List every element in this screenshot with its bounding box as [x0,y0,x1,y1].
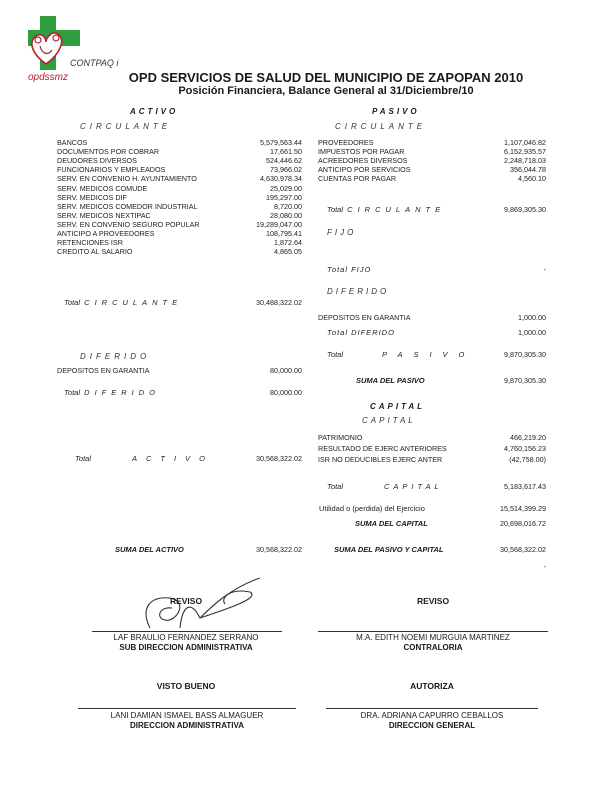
total-prefix: Total [64,298,80,307]
utilidad-value: 15,514,399.29 [466,504,546,513]
signature-2-dept: CONTRALORIA [318,643,548,652]
pasivo-total-label: PASIVO [382,350,475,359]
activo-circulante-item-value: 5,579,563.44 [222,138,302,147]
capital-item-label: ISR NO DEDUCIBLES EJERC ANTER [318,455,442,464]
activo-circulante-item-value: 8,720.00 [222,202,302,211]
activo-diferido-total-label: Total DIFERIDO [64,388,160,397]
capital-total-value: 5,183,617.43 [466,482,546,491]
activo-circulante-item-label: SERV. MEDICOS COMEDOR INDUSTRIAL [57,202,198,211]
total-section: DIFERIDO [84,388,160,397]
signature-3-name: LANI DAMIAN ISMAEL BASS ALMAGUER [78,711,296,720]
activo-circulante-item-label: BANCOS [57,138,87,147]
activo-circulante-item-label: SERV. MEDICOS COMUDE [57,184,147,193]
activo-total-label: ACTIVO [132,454,214,463]
signature-4-role: AUTORIZA [326,681,538,691]
activo-circulante-item-label: RETENCIONES ISR [57,238,123,247]
pasivo-diferido-item-value: 1,000.00 [466,313,546,322]
capital-item-value: 466,219.20 [466,433,546,442]
activo-circulante-total-label: Total CIRCULANTE [64,298,182,307]
signature-4-line [326,708,538,709]
signature-1-dept: SUB DIRECCION ADMINISTRATIVA [78,643,294,652]
suma-activo-value: 30,568,322.02 [222,545,302,554]
activo-diferido-heading: DIFERIDO [80,352,150,361]
pasivo-diferido-heading: DIFERIDO [327,287,389,296]
report-subtitle: Posición Financiera, Balance General al … [0,85,612,97]
activo-circulante-item-label: DOCUMENTOS POR COBRAR [57,147,159,156]
total-prefix: Total [327,205,343,214]
signature-2-line [318,631,548,632]
capital-item-value: 4,760,156.23 [466,444,546,453]
pasivo-circulante-total-label: Total CIRCULANTE [327,205,445,214]
pasivo-circulante-item-label: IMPUESTOS POR PAGAR [318,147,404,156]
pasivo-circulante-item-value: 2,248,718.03 [466,156,546,165]
signature-3-role: VISTO BUENO [78,681,294,691]
signature-2-name: M.A. EDITH NOEMI MURGUIA MARTINEZ [318,633,548,642]
pasivo-fijo-total-label: Total FIJO [327,265,371,274]
activo-diferido-item-label: DEPOSITOS EN GARANTIA [57,366,150,375]
suma-capital-value: 20,698,016.72 [466,519,546,528]
suma-pasivo-label: SUMA DEL PASIVO [356,376,425,385]
capital-item-value: (42,758.00) [466,455,546,464]
activo-circulante-item-label: ANTICIPO A PROVEEDORES [57,229,154,238]
pasivo-circulante-heading: CIRCULANTE [335,122,426,131]
total-prefix: Total [64,388,80,397]
capital-total-label: CAPITAL [384,482,443,491]
capital-item-label: RESULTADO DE EJERC ANTERIORES [318,444,447,453]
activo-circulante-item-label: SERV. MEDICOS DIF [57,193,127,202]
activo-total-value: 30,568,322.02 [222,454,302,463]
suma-capital-label: SUMA DEL CAPITAL [355,519,428,528]
capital-heading: CAPITAL [370,402,425,411]
pasivo-total-value: 9,870,305.30 [466,350,546,359]
activo-circulante-item-label: CREDITO AL SALARIO [57,247,133,256]
signature-4-name: DRA. ADRIANA CAPURRO CEBALLOS [326,711,538,720]
pasivo-diferido-total-value: 1,000.00 [466,328,546,337]
capital-sub-heading: CAPITAL [362,416,416,425]
pasivo-total-prefix: Total [327,350,343,359]
signature-1-line [92,631,282,632]
activo-circulante-item-label: FUNCIONARIOS Y EMPLEADOS [57,165,165,174]
activo-circulante-item-value: 25,029.00 [222,184,302,193]
pasivo-circulante-item-value: 1,107,046.82 [466,138,546,147]
pasivo-circulante-item-value: 6,152,935.57 [466,147,546,156]
pasivo-diferido-total-label: Total DIFERIDO [327,328,395,337]
activo-circulante-item-value: 73,966.02 [222,165,302,174]
signature-4-dept: DIRECCION GENERAL [326,721,538,730]
pasivo-heading: PASIVO [372,107,420,116]
activo-circulante-item-value: 524,446.62 [222,156,302,165]
pasivo-circulante-item-label: ACREEDORES DIVERSOS [318,156,407,165]
activo-circulante-heading: CIRCULANTE [80,122,171,131]
activo-circulante-item-label: SERV. EN CONVENIO SEGURO POPULAR [57,220,200,229]
total-section: CIRCULANTE [84,298,182,307]
signature-3-line [78,708,296,709]
activo-total-prefix: Total [75,454,91,463]
pasivo-fijo-heading: FIJO [327,228,356,237]
signature-2-role: REVISO [318,596,548,606]
activo-circulante-item-label: SERV. EN CONVENIO H. AYUNTAMIENTO [57,174,197,183]
pasivo-circulante-item-label: ANTICIPO POR SERVICIOS [318,165,411,174]
activo-circulante-item-label: SERV. MEDICOS NEXTIPAC [57,211,151,220]
activo-circulante-item-value: 195,297.00 [222,193,302,202]
suma-activo-label: SUMA DEL ACTIVO [115,545,184,554]
activo-circulante-item-label: DEUDORES DIVERSOS [57,156,137,165]
pasivo-circulante-item-value: 356,044.78 [466,165,546,174]
activo-circulante-item-value: 28,080.00 [222,211,302,220]
signature-3-dept: DIRECCION ADMINISTRATIVA [78,721,296,730]
utilidad-label: Utilidad o (perdida) del Ejercicio [319,504,425,513]
activo-circulante-item-value: 4,865.05 [222,247,302,256]
pasivo-diferido-item-label: DEPOSITOS EN GARANTIA [318,313,411,322]
signature-1-role: REVISO [78,596,294,606]
difference-value: - [466,562,546,571]
activo-circulante-item-value: 17,661.50 [222,147,302,156]
capital-total-prefix: Total [327,482,343,491]
pasivo-circulante-total-value: 9,869,305.30 [466,205,546,214]
activo-circulante-item-value: 19,289,047.00 [222,220,302,229]
software-label: CONTPAQ i [70,58,118,68]
suma-pasivo-capital-label: SUMA DEL PASIVO Y CAPITAL [334,545,443,554]
activo-heading: ACTIVO [130,107,178,116]
activo-diferido-item-value: 80,000.00 [222,366,302,375]
capital-item-label: PATRIMONIO [318,433,362,442]
pasivo-fijo-total-value: - [466,265,546,274]
suma-pasivo-value: 9,870,305.30 [466,376,546,385]
activo-circulante-total-value: 30,488,322.02 [222,298,302,307]
activo-circulante-item-value: 108,795.41 [222,229,302,238]
pasivo-circulante-item-label: CUENTAS POR PAGAR [318,174,396,183]
activo-diferido-total-value: 80,000.00 [222,388,302,397]
activo-circulante-item-value: 4,630,978.34 [222,174,302,183]
suma-pasivo-capital-value: 30,568,322.02 [466,545,546,554]
signature-1-name: LAF BRAULIO FERNANDEZ SERRANO [78,633,294,642]
pasivo-circulante-item-value: 4,560.10 [466,174,546,183]
total-section: CIRCULANTE [347,205,445,214]
activo-circulante-item-value: 1,872.64 [222,238,302,247]
pasivo-circulante-item-label: PROVEEDORES [318,138,374,147]
report-title: OPD SERVICIOS DE SALUD DEL MUNICIPIO DE … [0,70,612,85]
